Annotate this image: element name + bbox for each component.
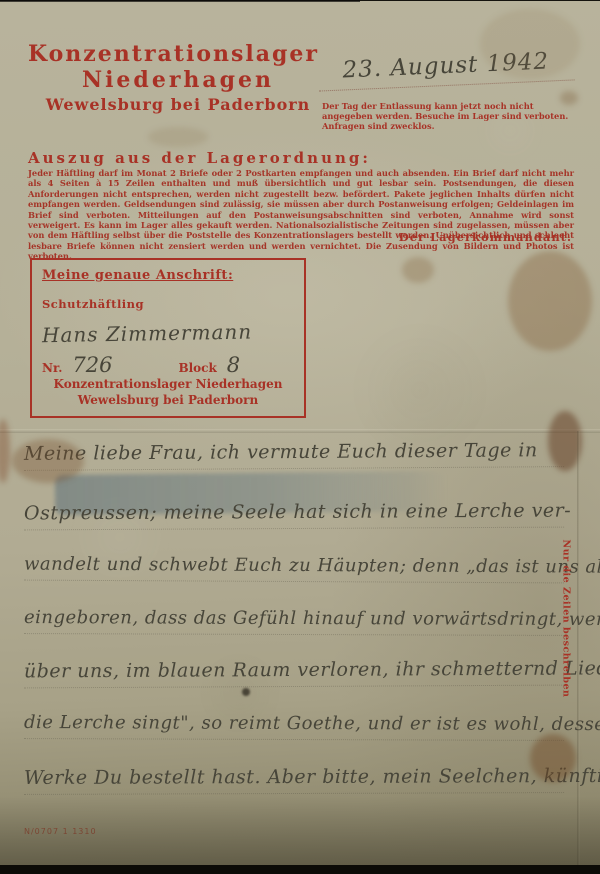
address-camp-line1: Konzentrationslager Niederhagen bbox=[32, 376, 304, 392]
address-box-title: Meine genaue Anschrift: bbox=[42, 268, 294, 283]
letter-line-7: Werke Du bestellt hast. Aber bitte, mein… bbox=[24, 765, 564, 795]
prisoner-address-box: Meine genaue Anschrift: Schutzhäftling H… bbox=[30, 258, 306, 418]
camp-name-line2: Niederhagen bbox=[28, 67, 328, 93]
handwritten-date: 23. August 1942 bbox=[317, 47, 574, 91]
letter-line-1: Meine liebe Frau, ich vermute Euch diese… bbox=[24, 439, 564, 471]
page-edge-crease bbox=[577, 431, 580, 866]
camp-letterhead: Konzentrationslager Niederhagen Wewelsbu… bbox=[28, 41, 328, 117]
letter-sheet: Konzentrationslager Niederhagen Wewelsbu… bbox=[0, 1, 600, 866]
regulations-body: Jeder Häftling darf im Monat 2 Briefe od… bbox=[28, 168, 574, 262]
document-photo: Konzentrationslager Niederhagen Wewelsbu… bbox=[0, 0, 600, 874]
block-label: Block bbox=[178, 361, 216, 375]
stain bbox=[508, 251, 592, 351]
prisoner-number-value: 726 bbox=[72, 353, 112, 377]
prisoner-name-handwritten: Hans Zimmermann bbox=[42, 319, 294, 347]
number-block-row: Nr. 726 Block 8 bbox=[42, 353, 294, 377]
form-number: N/0707 1 1310 bbox=[24, 827, 97, 836]
letter-line-5: über uns, im blauen Raum verloren, ihr s… bbox=[24, 658, 564, 689]
release-notice: Der Tag der Entlassung kann jetzt noch n… bbox=[322, 101, 578, 131]
prisoner-number-label: Nr. bbox=[42, 361, 62, 375]
margin-instruction-note: Nur die Zeilen beschreiben bbox=[561, 539, 572, 699]
regulations-title: Auszug aus der Lagerordnung: bbox=[28, 149, 371, 167]
photo-background-edge-top bbox=[0, 0, 360, 2]
address-camp-lines: Konzentrationslager Niederhagen Wewelsbu… bbox=[32, 376, 304, 408]
letter-line-4: eingeboren, dass das Gefühl hinauf und v… bbox=[24, 607, 564, 636]
commandant-signature: Der Lagerkommandant. bbox=[399, 230, 572, 244]
fold-crease-horizontal bbox=[0, 429, 600, 433]
stain bbox=[148, 127, 208, 147]
block-value: 8 bbox=[227, 353, 240, 377]
photo-background-edge-bottom bbox=[0, 865, 600, 874]
stain bbox=[0, 419, 10, 483]
camp-location-line: Wewelsburg bei Paderborn bbox=[28, 93, 328, 117]
prisoner-type-label: Schutzhäftling bbox=[42, 297, 294, 311]
camp-name-line1: Konzentrationslager bbox=[28, 41, 328, 67]
letter-line-6: die Lerche singt", so reimt Goethe, und … bbox=[24, 712, 564, 741]
address-camp-line2: Wewelsburg bei Paderborn bbox=[32, 392, 304, 408]
stain bbox=[242, 688, 250, 696]
letter-line-3: wandelt und schwebt Euch zu Häupten; den… bbox=[24, 554, 564, 584]
letter-line-2: Ostpreussen; meine Seele hat sich in ein… bbox=[24, 500, 564, 531]
